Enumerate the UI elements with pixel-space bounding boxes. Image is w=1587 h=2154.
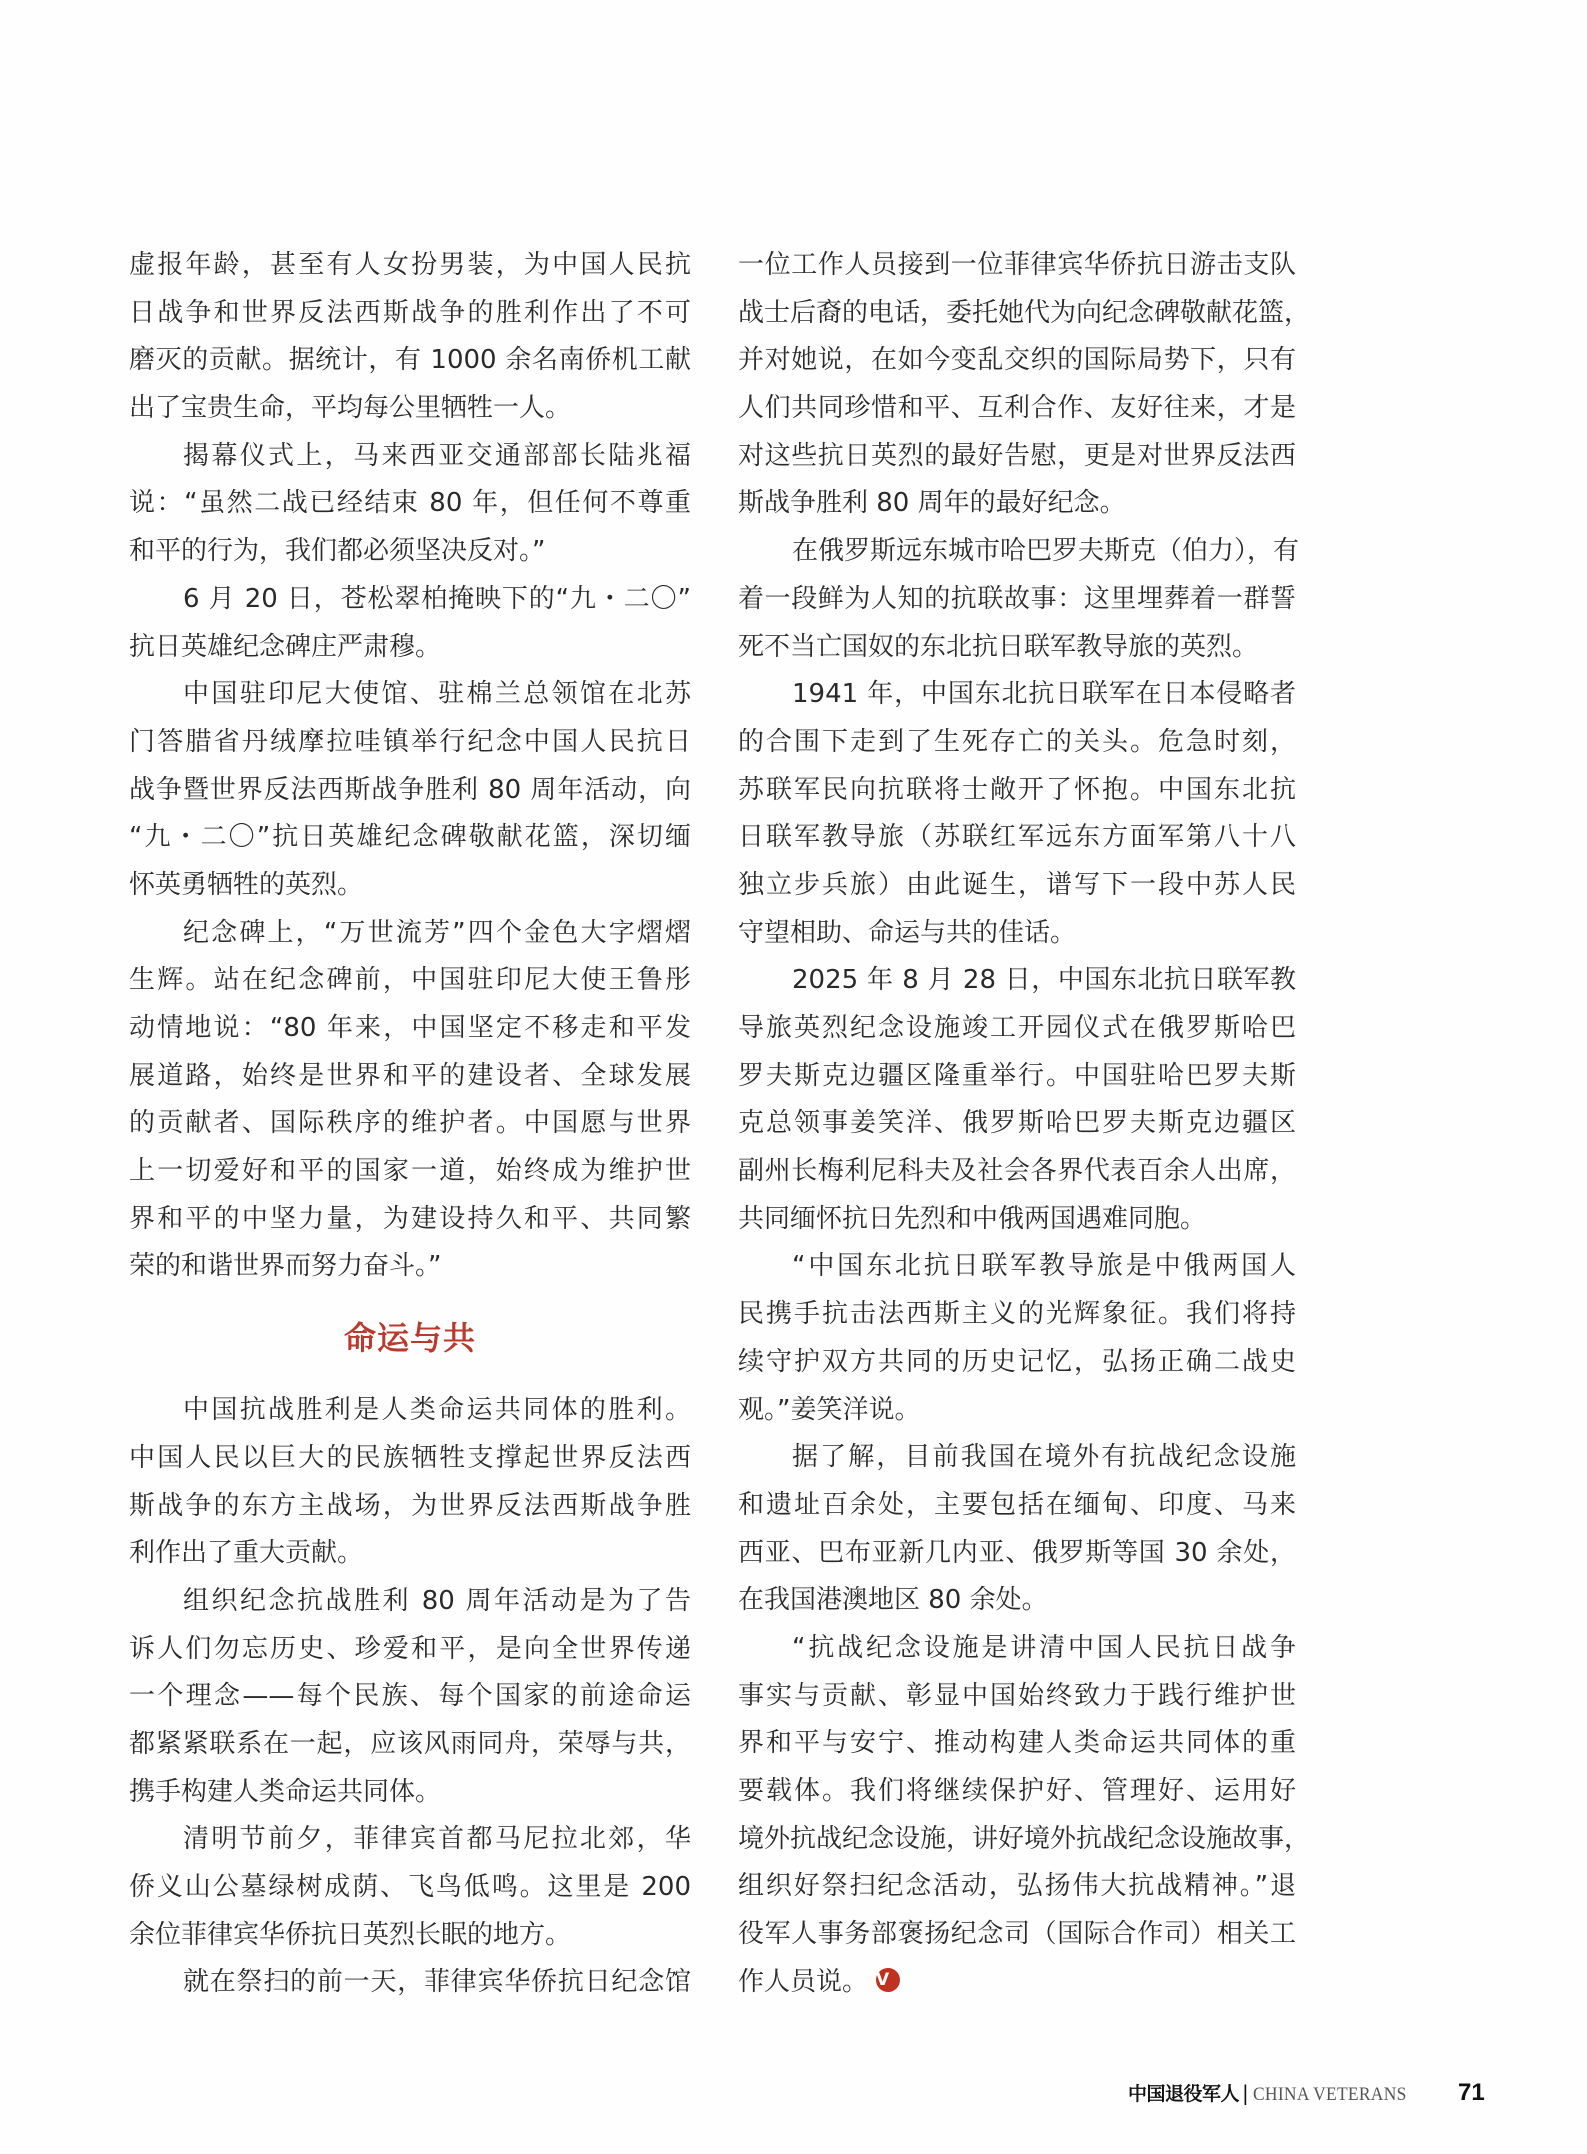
magazine-name-en: CHINA VETERANS <box>1253 2078 1407 2112</box>
text-line: 都紧紧联系在一起，应该风雨同舟，荣辱与共， <box>129 1721 691 1769</box>
text-line: “九・二〇”抗日英雄纪念碑敬献花篮，深切缅 <box>129 814 691 862</box>
text-line: 清明节前夕，菲律宾首都马尼拉北郊，华 <box>129 1816 691 1864</box>
text-line-content: 侨义山公墓绿树成荫、飞鸟低鸣。这里是 200 <box>129 1872 691 1902</box>
text-line: 2025 年 8 月 28 日，中国东北抗日联军教 <box>738 957 1296 1005</box>
text-line: 事实与贡献、彰显中国始终致力于践行维护世 <box>738 1673 1296 1721</box>
page-footer: 中国退役军人|CHINA VETERANS 71 <box>1128 2076 1420 2110</box>
text-line: 在我国港澳地区 80 余处。 <box>738 1577 1296 1625</box>
text-line: 揭幕仪式上，马来西亚交通部部长陆兆福 <box>129 433 691 481</box>
text-line-content: 2025 年 8 月 28 日，中国东北抗日联军教 <box>792 965 1296 995</box>
text-line-content: 利作出了重大贡献。 <box>129 1538 363 1568</box>
text-line-content: 苏联军民向抗联将士敞开了怀抱。中国东北抗 <box>738 775 1296 805</box>
text-line: 并对她说，在如今变乱交织的国际局势下，只有 <box>738 337 1296 385</box>
text-line-content: 清明节前夕，菲律宾首都马尼拉北郊，华 <box>183 1824 691 1854</box>
text-line-content: 导旅英烈纪念设施竣工开园仪式在俄罗斯哈巴 <box>738 1013 1296 1043</box>
text-line: 苏联军民向抗联将士敞开了怀抱。中国东北抗 <box>738 767 1296 815</box>
text-line: 一位工作人员接到一位菲律宾华侨抗日游击支队 <box>738 242 1296 290</box>
text-line: 界和平与安宁、推动构建人类命运共同体的重 <box>738 1720 1296 1768</box>
section-heading: 命运与共 <box>129 1313 691 1359</box>
text-line-content: 在俄罗斯远东城市哈巴罗夫斯克（伯力），有 <box>792 536 1299 566</box>
text-line: 斯战争胜利 80 周年的最好纪念。 <box>738 480 1296 528</box>
text-line: 克总领事姜笑洋、俄罗斯哈巴罗夫斯克边疆区 <box>738 1100 1296 1148</box>
text-line-content: 荣的和谐世界而努力奋斗。” <box>129 1251 441 1281</box>
section-heading-block: 命运与共 <box>129 1291 691 1387</box>
text-line: 在俄罗斯远东城市哈巴罗夫斯克（伯力），有 <box>738 528 1296 576</box>
text-line-content: 役军人事务部褒扬纪念司（国际合作司）相关工 <box>738 1919 1296 1949</box>
text-line-content: 独立步兵旅）由此诞生，谱写下一段中苏人民 <box>738 870 1296 900</box>
text-line: 利作出了重大贡献。 <box>129 1530 691 1578</box>
text-line-content: “抗战纪念设施是讲清中国人民抗日战争 <box>792 1633 1296 1663</box>
text-line: 死不当亡国奴的东北抗日联军教导旅的英烈。 <box>738 624 1296 672</box>
text-line-content: 就在祭扫的前一天，菲律宾华侨抗日纪念馆 <box>183 1967 691 1997</box>
text-line: 日战争和世界反法西斯战争的胜利作出了不可 <box>129 290 691 338</box>
text-line-content: 副州长梅利尼科夫及社会各界代表百余人出席， <box>738 1156 1296 1186</box>
footer-separator: | <box>1242 2081 1249 2105</box>
text-line: 展道路，始终是世界和平的建设者、全球发展 <box>129 1053 691 1101</box>
text-line: 日联军教导旅（苏联红军远东方面军第八十八 <box>738 814 1296 862</box>
text-line-content: 和平的行为，我们都必须坚决反对。” <box>129 536 545 566</box>
text-line-content: 展道路，始终是世界和平的建设者、全球发展 <box>129 1061 691 1091</box>
text-line: 组织纪念抗战胜利 80 周年活动是为了告 <box>129 1578 691 1626</box>
text-line-content: 共同缅怀抗日先烈和中俄两国遇难同胞。 <box>738 1204 1206 1234</box>
text-line: 中国人民以巨大的民族牺牲支撑起世界反法西 <box>129 1435 691 1483</box>
text-line-content: 界和平与安宁、推动构建人类命运共同体的重 <box>738 1728 1296 1758</box>
text-line-content: 要载体。我们将继续保护好、管理好、运用好 <box>738 1776 1296 1806</box>
text-line: 要载体。我们将继续保护好、管理好、运用好 <box>738 1768 1296 1816</box>
text-line-content: 的合围下走到了生死存亡的关头。危急时刻， <box>738 727 1296 757</box>
text-line-content: 罗夫斯克边疆区隆重举行。中国驻哈巴罗夫斯 <box>738 1061 1296 1091</box>
text-line-content: 组织好祭扫纪念活动，弘扬伟大抗战精神。”退 <box>738 1871 1296 1901</box>
text-line: 一个理念——每个民族、每个国家的前途命运 <box>129 1673 691 1721</box>
magazine-page: 虚报年龄，甚至有人女扮男装，为中国人民抗日战争和世界反法西斯战争的胜利作出了不可… <box>0 0 1587 2154</box>
text-line-content: 抗日英雄纪念碑庄严肃穆。 <box>129 632 441 662</box>
text-line: 组织好祭扫纪念活动，弘扬伟大抗战精神。”退 <box>738 1863 1296 1911</box>
text-line: 共同缅怀抗日先烈和中俄两国遇难同胞。 <box>738 1196 1296 1244</box>
text-line: 民携手抗击法西斯主义的光辉象征。我们将持 <box>738 1291 1296 1339</box>
text-line: 续守护双方共同的历史记忆，弘扬正确二战史 <box>738 1339 1296 1387</box>
text-line: 的贡献者、国际秩序的维护者。中国愿与世界 <box>129 1100 691 1148</box>
text-line: 境外抗战纪念设施，讲好境外抗战纪念设施故事， <box>738 1816 1296 1864</box>
text-line: 侨义山公墓绿树成荫、飞鸟低鸣。这里是 200 <box>129 1864 691 1912</box>
text-line-content: 日联军教导旅（苏联红军远东方面军第八十八 <box>738 822 1296 852</box>
text-line-content: 余位菲律宾华侨抗日英烈长眠的地方。 <box>129 1920 571 1950</box>
text-line: 战争暨世界反法西斯战争胜利 80 周年活动，向 <box>129 767 691 815</box>
text-line: 上一切爱好和平的国家一道，始终成为维护世 <box>129 1148 691 1196</box>
text-line-content: 守望相助、命运与共的佳话。 <box>738 918 1076 948</box>
text-line: 纪念碑上，“万世流芳”四个金色大字熠熠 <box>129 910 691 958</box>
text-line-content: 对这些抗日英烈的最好告慰，更是对世界反法西 <box>738 441 1296 471</box>
text-line-content: 1941 年，中国东北抗日联军在日本侵略者 <box>792 679 1296 709</box>
text-line-content: 在我国港澳地区 80 余处。 <box>738 1585 1048 1615</box>
text-line-content: 并对她说，在如今变乱交织的国际局势下，只有 <box>738 345 1296 375</box>
text-line-content: 磨灭的贡献。据统计，有 1000 余名南侨机工献 <box>129 345 691 375</box>
text-line-content: 中国驻印尼大使馆、驻棉兰总领馆在北苏 <box>183 679 691 709</box>
text-line-content: 门答腊省丹绒摩拉哇镇举行纪念中国人民抗日 <box>129 727 691 757</box>
text-line: “中国东北抗日联军教导旅是中俄两国人 <box>738 1243 1296 1291</box>
text-line-content: 6 月 20 日，苍松翠柏掩映下的“九・二〇” <box>183 584 691 614</box>
text-line: 和平的行为，我们都必须坚决反对。” <box>129 528 691 576</box>
text-line: 说：“虽然二战已经结束 80 年，但任何不尊重 <box>129 480 691 528</box>
text-line: 和遗址百余处，主要包括在缅甸、印度、马来 <box>738 1482 1296 1530</box>
right-column: 一位工作人员接到一位菲律宾华侨抗日游击支队战士后裔的电话，委托她代为向纪念碑敬献… <box>738 242 1296 2006</box>
text-line: 西亚、巴布亚新几内亚、俄罗斯等国 30 余处， <box>738 1530 1296 1578</box>
text-line-content: 虚报年龄，甚至有人女扮男装，为中国人民抗 <box>129 250 691 280</box>
text-line-content: 和遗址百余处，主要包括在缅甸、印度、马来 <box>738 1490 1296 1520</box>
text-line: “抗战纪念设施是讲清中国人民抗日战争 <box>738 1625 1296 1673</box>
text-line: 生辉。站在纪念碑前，中国驻印尼大使王鲁彤 <box>129 957 691 1005</box>
left-column: 虚报年龄，甚至有人女扮男装，为中国人民抗日战争和世界反法西斯战争的胜利作出了不可… <box>129 242 691 2007</box>
text-line-content: 诉人们勿忘历史、珍爱和平，是向全世界传递 <box>129 1634 691 1664</box>
text-line-content: 上一切爱好和平的国家一道，始终成为维护世 <box>129 1156 691 1186</box>
text-line-content: 组织纪念抗战胜利 80 周年活动是为了告 <box>183 1586 691 1616</box>
text-line: 役军人事务部褒扬纪念司（国际合作司）相关工 <box>738 1911 1296 1959</box>
text-line: 界和平的中坚力量，为建设持久和平、共同繁 <box>129 1196 691 1244</box>
end-of-article-v-icon: V <box>876 1968 900 1992</box>
text-line: 虚报年龄，甚至有人女扮男装，为中国人民抗 <box>129 242 691 290</box>
text-line: 着一段鲜为人知的抗联故事：这里埋葬着一群誓 <box>738 576 1296 624</box>
text-line-content: 生辉。站在纪念碑前，中国驻印尼大使王鲁彤 <box>129 965 691 995</box>
text-line: 守望相助、命运与共的佳话。 <box>738 910 1296 958</box>
text-line: 磨灭的贡献。据统计，有 1000 余名南侨机工献 <box>129 337 691 385</box>
text-line: 携手构建人类命运共同体。 <box>129 1769 691 1817</box>
text-line: 就在祭扫的前一天，菲律宾华侨抗日纪念馆 <box>129 1959 691 2007</box>
text-line: 罗夫斯克边疆区隆重举行。中国驻哈巴罗夫斯 <box>738 1053 1296 1101</box>
text-line: 荣的和谐世界而努力奋斗。” <box>129 1243 691 1291</box>
text-line: 门答腊省丹绒摩拉哇镇举行纪念中国人民抗日 <box>129 719 691 767</box>
text-line-content: 的贡献者、国际秩序的维护者。中国愿与世界 <box>129 1108 691 1138</box>
text-line-content: 西亚、巴布亚新几内亚、俄罗斯等国 30 余处， <box>738 1538 1296 1568</box>
text-line-content: 观。”姜笑洋说。 <box>738 1395 920 1425</box>
text-line-content: 中国抗战胜利是人类命运共同体的胜利。 <box>183 1395 691 1425</box>
text-line-content: 战士后裔的电话，委托她代为向纪念碑敬献花篮， <box>738 298 1310 328</box>
text-line-content: 斯战争胜利 80 周年的最好纪念。 <box>738 488 1126 518</box>
text-line-content: 出了宝贵生命，平均每公里牺牲一人。 <box>129 393 571 423</box>
text-line: 斯战争的东方主战场，为世界反法西斯战争胜 <box>129 1483 691 1531</box>
text-line-content: 续守护双方共同的历史记忆，弘扬正确二战史 <box>738 1347 1296 1377</box>
text-line-content: 据了解，目前我国在境外有抗战纪念设施 <box>792 1442 1296 1472</box>
magazine-name-cn: 中国退役军人 <box>1128 2083 1239 2105</box>
text-line-content: 都紧紧联系在一起，应该风雨同舟，荣辱与共， <box>129 1729 691 1759</box>
text-line: 6 月 20 日，苍松翠柏掩映下的“九・二〇” <box>129 576 691 624</box>
text-line-content: 日战争和世界反法西斯战争的胜利作出了不可 <box>129 298 691 328</box>
text-line-content: “九・二〇”抗日英雄纪念碑敬献花篮，深切缅 <box>129 822 691 852</box>
text-line-content: 一个理念——每个民族、每个国家的前途命运 <box>129 1681 691 1711</box>
right-column-text: 一位工作人员接到一位菲律宾华侨抗日游击支队战士后裔的电话，委托她代为向纪念碑敬献… <box>738 242 1296 2006</box>
text-line-content: 动情地说：“80 年来，中国坚定不移走和平发 <box>129 1013 691 1043</box>
text-line: 对这些抗日英烈的最好告慰，更是对世界反法西 <box>738 433 1296 481</box>
text-line: 余位菲律宾华侨抗日英烈长眠的地方。 <box>129 1912 691 1960</box>
text-line: 的合围下走到了生死存亡的关头。危急时刻， <box>738 719 1296 767</box>
text-line: 导旅英烈纪念设施竣工开园仪式在俄罗斯哈巴 <box>738 1005 1296 1053</box>
text-line-content: 境外抗战纪念设施，讲好境外抗战纪念设施故事， <box>738 1824 1310 1854</box>
text-line: 观。”姜笑洋说。 <box>738 1387 1296 1435</box>
text-line-content: 作人员说。 <box>738 1967 868 1997</box>
text-line: 中国抗战胜利是人类命运共同体的胜利。 <box>129 1387 691 1435</box>
text-line: 1941 年，中国东北抗日联军在日本侵略者 <box>738 671 1296 719</box>
text-line-content: 怀英勇牺牲的英烈。 <box>129 870 363 900</box>
text-line-content: “中国东北抗日联军教导旅是中俄两国人 <box>792 1251 1296 1281</box>
text-line-content: 斯战争的东方主战场，为世界反法西斯战争胜 <box>129 1491 691 1521</box>
text-line: 怀英勇牺牲的英烈。 <box>129 862 691 910</box>
text-line: 独立步兵旅）由此诞生，谱写下一段中苏人民 <box>738 862 1296 910</box>
text-line: 据了解，目前我国在境外有抗战纪念设施 <box>738 1434 1296 1482</box>
text-line-content: 事实与贡献、彰显中国始终致力于践行维护世 <box>738 1681 1296 1711</box>
text-line: 出了宝贵生命，平均每公里牺牲一人。 <box>129 385 691 433</box>
text-line-content: 民携手抗击法西斯主义的光辉象征。我们将持 <box>738 1299 1296 1329</box>
text-line-content: 中国人民以巨大的民族牺牲支撑起世界反法西 <box>129 1443 691 1473</box>
text-line-content: 揭幕仪式上，马来西亚交通部部长陆兆福 <box>183 441 691 471</box>
text-line-content: 纪念碑上，“万世流芳”四个金色大字熠熠 <box>183 918 691 948</box>
text-line-content: 一位工作人员接到一位菲律宾华侨抗日游击支队 <box>738 250 1296 280</box>
text-line: 诉人们勿忘历史、珍爱和平，是向全世界传递 <box>129 1626 691 1674</box>
text-line: 动情地说：“80 年来，中国坚定不移走和平发 <box>129 1005 691 1053</box>
text-line-content: 说：“虽然二战已经结束 80 年，但任何不尊重 <box>129 488 691 518</box>
text-line-content: 人们共同珍惜和平、互利合作、友好往来，才是 <box>738 393 1296 423</box>
text-line-content: 克总领事姜笑洋、俄罗斯哈巴罗夫斯克边疆区 <box>738 1108 1296 1138</box>
text-line-content: 携手构建人类命运共同体。 <box>129 1777 441 1807</box>
text-line: 作人员说。V <box>738 1959 1296 2007</box>
left-column-text-after-heading: 中国抗战胜利是人类命运共同体的胜利。中国人民以巨大的民族牺牲支撑起世界反法西斯战… <box>129 1387 691 2007</box>
left-column-text-before-heading: 虚报年龄，甚至有人女扮男装，为中国人民抗日战争和世界反法西斯战争的胜利作出了不可… <box>129 242 691 1291</box>
page-number: 71 <box>1458 2076 1485 2110</box>
text-line-content: 战争暨世界反法西斯战争胜利 80 周年活动，向 <box>129 775 691 805</box>
text-line: 中国驻印尼大使馆、驻棉兰总领馆在北苏 <box>129 671 691 719</box>
text-line: 抗日英雄纪念碑庄严肃穆。 <box>129 624 691 672</box>
text-line-content: 着一段鲜为人知的抗联故事：这里埋葬着一群誓 <box>738 584 1296 614</box>
text-line: 战士后裔的电话，委托她代为向纪念碑敬献花篮， <box>738 290 1296 338</box>
text-line: 人们共同珍惜和平、互利合作、友好往来，才是 <box>738 385 1296 433</box>
text-line: 副州长梅利尼科夫及社会各界代表百余人出席， <box>738 1148 1296 1196</box>
text-line-content: 死不当亡国奴的东北抗日联军教导旅的英烈。 <box>738 632 1258 662</box>
text-line-content: 界和平的中坚力量，为建设持久和平、共同繁 <box>129 1204 691 1234</box>
